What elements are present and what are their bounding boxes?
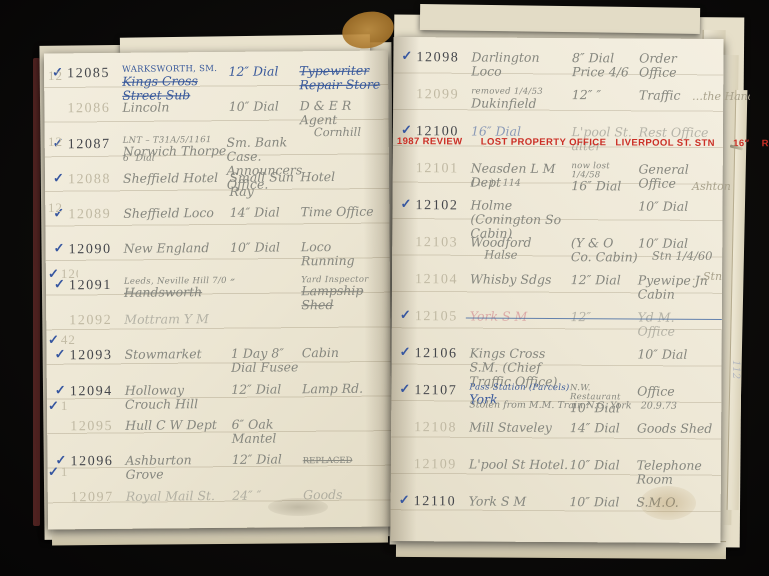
edge-fragment: …the Hand	[692, 90, 750, 103]
entry-dial-text: 16″ Dial	[571, 178, 621, 193]
entry-columns: Ashburton Grove12″ DialReplaced	[125, 452, 385, 482]
entry-number: 12095	[70, 419, 125, 434]
ledger-entry-12107: ✓12107Pass Station (Parcels)YorkN.W. Res…	[399, 378, 715, 417]
left-page: ✓12085WARKSWORTH, SM.Kings Cross Street …	[44, 51, 392, 530]
entry-dial-text: 6″ Oak Mantel	[231, 416, 276, 445]
entry-office-text: Yd M. Office	[637, 309, 675, 338]
entry-dial-text: 14″ Dial	[570, 420, 620, 435]
entry-office: Hotel	[300, 169, 383, 198]
right-edge-fragments: …the HandAshton…Stn112	[690, 80, 750, 500]
entry-office-text: General Office	[638, 161, 688, 190]
entry-check-icon: ✓	[399, 383, 414, 397]
smudge-stain	[268, 498, 328, 516]
ledger-entry-12092: 12092Mottram Y M	[54, 306, 384, 344]
entry-office-text: Office	[637, 383, 675, 398]
entry-office-text: 10″ Dial	[637, 346, 687, 361]
entry-dial: now lost 1/4/5816″ Dial	[571, 162, 638, 193]
entry-name-text: Handsworth	[124, 284, 202, 300]
entry-columns: Holloway Crouch Hill12″ DialLamp Rd.	[125, 381, 385, 411]
entry-name: Stowmarket	[125, 347, 232, 376]
entry-dial-text: 10″ Dial	[229, 99, 279, 114]
entry-office-text: Cabin	[302, 345, 339, 360]
entry-dial-text: 10″ Dial	[230, 240, 280, 255]
edge-number-text: 12	[48, 134, 63, 149]
entry-office-text: Time Office	[301, 204, 374, 220]
entry-columns: Sheffield HotelSmall Sun RayHotel	[123, 169, 383, 199]
entry-name-text: Hull C W Dept	[125, 417, 217, 433]
entry-dial-text: 14″ Dial	[230, 205, 280, 220]
edge-number-text: 1	[61, 464, 69, 479]
ledger-entry-12099: 12099removed 1/4/53Dukinfield12″ ″Traffi…	[401, 82, 717, 121]
entry-name: Sheffield Hotel	[123, 171, 230, 200]
entry-number: 12099	[416, 87, 471, 102]
entry-office-text: Typewriter Repair Store	[299, 63, 380, 93]
entry-office-text: D & E R Agent	[300, 98, 352, 127]
entry-dial: 12″ ″	[572, 88, 639, 111]
entry-name-text: Holloway Crouch Hill	[125, 382, 198, 412]
ledger-entry-12101: 12101Neasden L M Deptnow lost 1/4/5816″ …	[401, 156, 717, 195]
entry-office-text: Replaced	[303, 456, 353, 466]
entry-name-text: Dukinfield	[471, 95, 537, 110]
entry-columns: Mill Staveley14″ DialGoods Shed	[469, 420, 715, 436]
ledger-entry-12087: ✓12087LNT – T31A/5/1161Norwich ThorpeSm.…	[53, 129, 383, 167]
entry-name: York S M	[469, 494, 570, 509]
entry-dial-text: 12″ Dial	[231, 381, 281, 396]
edge-number: 12	[48, 200, 63, 216]
entry-columns: Royal Mail St.24″ ″Goods	[126, 487, 386, 503]
ledger-entry-12091: ✓12091Leeds, Neville Hill 7/0Handsworth″…	[54, 270, 384, 308]
entry-dial-text: 10″ Dial	[570, 457, 620, 472]
entry-dial: Small Sun Ray	[229, 170, 300, 199]
entry-name-line2: Halse	[484, 250, 571, 262]
edge-number: 12	[48, 134, 63, 150]
entry-name: Royal Mail St.	[126, 488, 232, 503]
entry-columns: L'pool St Hotel.10″ DialTelephone Room	[469, 457, 715, 487]
entry-columns: Darlington Loco8″ Dial Price 4/6Order Of…	[471, 50, 717, 80]
entry-dial: 12″	[570, 310, 637, 338]
edge-number: ✓120	[48, 266, 78, 282]
edge-fragment: Ashton	[692, 180, 731, 193]
entry-dial: 14″ Dial	[230, 205, 301, 220]
entry-number: 12094	[70, 383, 125, 398]
entry-dial: 12″ Dial	[232, 453, 303, 482]
edge-number: ✓1	[48, 464, 68, 480]
entry-name-text: Sheffield Loco	[123, 205, 214, 221]
entry-name-text: Lincoln	[122, 100, 169, 115]
ledger-entry-12096: ✓12096Ashburton Grove12″ DialReplaced	[55, 447, 385, 485]
edge-check-icon: ✓	[48, 464, 60, 479]
book-spine	[33, 58, 40, 526]
entry-dial: 12″ Dial	[571, 273, 638, 301]
entry-note: Stolen from M.M. Train N.G. York 20.9.73	[469, 399, 677, 411]
entry-office: Lamp Rd.	[302, 381, 385, 410]
ledger-entry-12100: ✓1210016″ DialL'pool St. alterRest Offic…	[401, 119, 717, 158]
edge-number: 12	[48, 68, 63, 84]
ledger-entry-12104: 12104Whisby Sdgs12″ DialPyewipe Jn Cabin	[400, 267, 716, 306]
ledger-entry-12085: ✓12085WARKSWORTH, SM.Kings Cross Street …	[52, 59, 382, 97]
entry-number: 12104	[415, 272, 470, 287]
entry-name: Mill Staveley	[469, 420, 570, 435]
entry-office-text: Order Office	[639, 50, 677, 79]
entry-dial-text: Small Sun Ray	[229, 169, 294, 199]
entry-dial-text: 12″ Dial	[232, 452, 282, 467]
edge-number-text: 42	[61, 332, 76, 347]
left-page-entries: ✓12085WARKSWORTH, SM.Kings Cross Street …	[52, 59, 386, 524]
entry-name: Whisby Sdgs	[470, 272, 571, 301]
entry-dial: 14″ Dial	[570, 421, 637, 435]
ledger-entry-12105: ✓12105York S M12″Yd M. Office	[400, 304, 716, 343]
entry-office: Loco Running	[301, 240, 384, 269]
entry-office: Order Office	[639, 51, 717, 79]
entry-check-icon: ✓	[399, 494, 414, 508]
entry-dial-text: 8″ Dial Price 4/6	[572, 50, 629, 79]
edge-number: ✓1	[48, 398, 68, 414]
entry-name-text: Sheffield Hotel	[123, 170, 218, 186]
entry-number: 12103	[415, 235, 470, 250]
ledger-entry-12097: 12097Royal Mail St.24″ ″Goods	[56, 482, 386, 520]
entry-name-text: Mill Staveley	[469, 419, 552, 435]
edge-number-text: 12	[48, 200, 63, 215]
entry-dial: 12″ Dial	[231, 382, 302, 411]
entry-check-icon: ✓	[400, 309, 415, 323]
entry-dial: 6″ Oak Mantel	[231, 417, 302, 446]
entry-name-text: Mottram Y M	[124, 311, 209, 327]
entry-note: 6″ Dial	[123, 152, 155, 163]
entry-number: 12106	[415, 346, 470, 361]
entry-office-text: Hotel	[300, 169, 335, 184]
entry-office-text: Loco Running	[301, 239, 355, 268]
entry-number: 12108	[414, 420, 469, 435]
edge-number: ✓42	[48, 332, 76, 348]
entry-dial: 10″ Dial	[569, 458, 636, 486]
entry-number: 12110	[414, 494, 469, 509]
entry-dial-text: 12″ Dial	[228, 63, 278, 78]
entry-columns: removed 1/4/53Dukinfield12″ ″Traffic	[471, 87, 717, 111]
ledger-entry-12089: ✓12089Sheffield Loco14″ DialTime Office	[53, 200, 383, 238]
entry-name: New England	[124, 241, 231, 270]
ledger-entry-12095: 12095Hull C W Dept6″ Oak Mantel	[55, 412, 385, 450]
entry-dial: 1 Day 8″ Dial Fusee	[231, 347, 302, 376]
entry-office-text: Traffic	[639, 87, 681, 102]
ledger-entry-12086: 12086Lincoln10″ DialD & E R AgentCornhil…	[52, 94, 382, 132]
edge-number-text: 1	[61, 398, 69, 413]
entry-dial: 10″ Dial	[569, 495, 636, 509]
entry-number: 12097	[71, 489, 126, 504]
entry-name: Ashburton Grove	[125, 453, 232, 482]
entry-note: ( … ) 114	[471, 177, 521, 188]
entry-dial: (Y & O Co. Cabin)	[571, 236, 638, 264]
underpage-number-strip: 121212✓120✓42✓1✓1	[48, 60, 78, 520]
entry-office-text: 10″ Dial	[638, 198, 688, 213]
entry-dial-text: (Y & O Co. Cabin)	[571, 235, 638, 264]
entry-dial-text: 12″ Dial	[571, 272, 621, 287]
entry-name: L'pool St Hotel.	[469, 457, 570, 486]
ledger-entry-12090: ✓12090New England10″ DialLoco Running	[54, 235, 384, 273]
entry-name: York S M	[470, 309, 571, 338]
foxing-stain	[640, 486, 696, 520]
entry-number: 12105	[415, 309, 470, 324]
entry-columns: Whisby Sdgs12″ DialPyewipe Jn Cabin	[470, 272, 716, 302]
edge-fragment: …Stn	[692, 270, 722, 283]
entry-name-text: Ashburton Grove	[125, 453, 191, 483]
ledger-entry-12106: ✓12106Kings Cross S.M. (Chief Traffic Of…	[399, 341, 715, 380]
entry-dial-annotation: N.W. Restaurant	[570, 384, 637, 401]
ledger-entry-12098: ✓12098Darlington Loco8″ Dial Price 4/6Or…	[401, 45, 717, 84]
entry-name-text: York S M	[469, 493, 527, 508]
entry-number: 12096	[70, 454, 125, 469]
edge-number-text: 120	[61, 266, 78, 281]
entry-number: 12101	[416, 161, 471, 176]
edge-fragment: 112	[730, 360, 741, 379]
ledger-entry-12088: ✓12088Sheffield HotelSmall Sun RayHotel	[53, 164, 383, 202]
entry-columns: Hull C W Dept6″ Oak Mantel	[125, 417, 385, 447]
entry-name: Holloway Crouch Hill	[125, 383, 232, 412]
entry-number: 12109	[414, 457, 469, 472]
ledger-entry-12103: 12103WoodfordHalse(Y & O Co. Cabin)10″ D…	[400, 230, 716, 269]
entry-dial	[231, 311, 302, 326]
entry-office: Time Office	[301, 205, 384, 220]
entry-columns: Stowmarket1 Day 8″ Dial FuseeCabin	[125, 346, 385, 376]
entry-name-text: Stowmarket	[124, 347, 201, 363]
entry-dial-text: ″	[230, 276, 235, 291]
right-page-entries: ✓12098Darlington Loco8″ Dial Price 4/6Or…	[399, 45, 718, 537]
entry-dial-text: 24″ ″	[232, 487, 261, 502]
ledger-entry-12093: ✓12093Stowmarket1 Day 8″ Dial FuseeCabin	[54, 341, 384, 379]
entry-columns: Sheffield Loco14″ DialTime Office	[123, 205, 383, 221]
entry-office: Cabin	[302, 346, 385, 375]
entry-dial: 8″ Dial Price 4/6	[572, 51, 639, 79]
entry-dial-text: 10″ Dial	[569, 494, 619, 509]
entry-columns: New England10″ DialLoco Running	[124, 240, 384, 270]
entry-number: 12102	[415, 198, 470, 213]
edge-number-text: 12	[48, 68, 63, 83]
entry-office	[302, 417, 385, 446]
entry-office	[301, 311, 384, 326]
entry-number: 12098	[416, 50, 471, 65]
ledger-entry-12108: 12108Mill Staveley14″ DialGoods Shed	[399, 415, 715, 454]
ledger-entry-12094: ✓12094Holloway Crouch Hill12″ DialLamp R…	[55, 376, 385, 414]
entry-name: removed 1/4/53Dukinfield	[471, 87, 572, 110]
entry-name-text: L'pool St Hotel.	[469, 456, 568, 472]
entry-dial-annotation: now lost 1/4/58	[571, 162, 638, 179]
entry-number: 12107	[414, 383, 469, 398]
entry-check-icon: ✓	[400, 346, 415, 360]
entry-name: Mottram Y M	[124, 312, 230, 327]
entry-name-text: New England	[124, 241, 210, 257]
ledger-entry-12102: ✓12102Holme (Conington So Cabin)10″ Dial	[400, 193, 716, 232]
entry-name: Darlington Loco	[471, 50, 572, 79]
entry-dial-text: 12″ ″	[572, 87, 601, 102]
entry-office-text: Lamp Rd.	[302, 380, 363, 396]
edge-check-icon: ✓	[48, 266, 60, 281]
entry-dial: 10″ Dial	[230, 241, 301, 270]
entry-name: Hull C W Dept	[125, 418, 232, 447]
entry-name-text: Whisby Sdgs	[470, 271, 551, 286]
right-page: ✓12098Darlington Loco8″ Dial Price 4/6Or…	[390, 37, 723, 543]
entry-name-text: Royal Mail St.	[126, 488, 215, 504]
entry-dial-text: 1 Day 8″ Dial Fusee	[231, 346, 299, 375]
entry-name: WoodfordHalse	[470, 235, 571, 264]
entry-name-text: Darlington Loco	[471, 49, 539, 78]
edge-check-icon: ✓	[48, 332, 60, 347]
entry-office: Replaced	[303, 452, 386, 481]
edge-check-icon: ✓	[48, 398, 60, 413]
entry-name: Sheffield Loco	[123, 206, 229, 221]
entry-columns: WoodfordHalse(Y & O Co. Cabin)10″ DialSt…	[470, 235, 716, 265]
entry-columns: York S M12″Yd M. Office	[470, 309, 716, 339]
entry-dial-text: 12″	[570, 309, 591, 324]
entry-name-text: York S M	[470, 308, 528, 323]
entry-check-icon: ✓	[401, 50, 416, 64]
top-right-page-corners	[420, 4, 700, 34]
entry-check-icon: ✓	[400, 198, 415, 212]
entry-columns: Mottram Y M	[124, 311, 384, 327]
